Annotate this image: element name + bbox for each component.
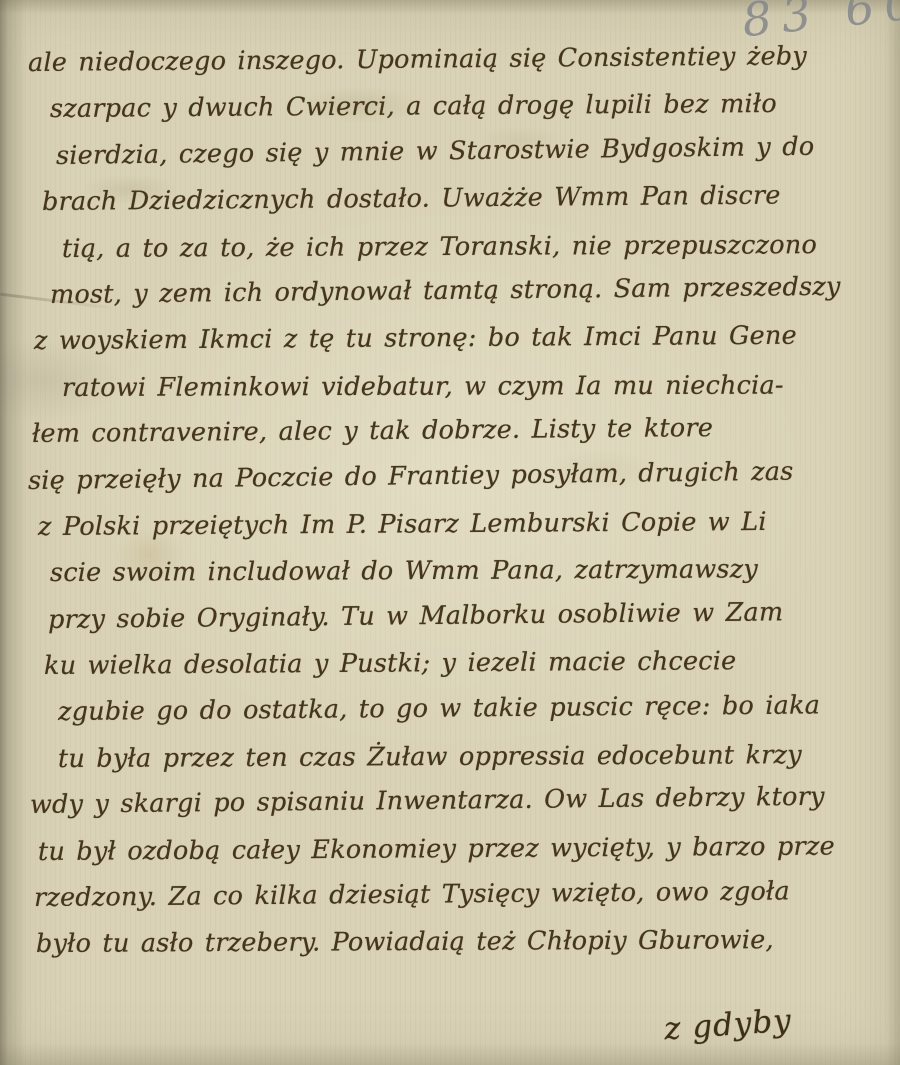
manuscript-line: z woyskiem Ikmci z tę tu stronę: bo tak … <box>34 312 886 364</box>
manuscript-line: sierdzia, czego się y mnie w Starostwie … <box>56 123 887 180</box>
manuscript-line: rzedzony. Za co kilka dziesiąt Tysięcy w… <box>34 868 886 922</box>
manuscript-line: przy sobie Oryginały. Tu w Malborku osob… <box>48 588 886 643</box>
manuscript-line: było tu asło trzebery. Powiadaią też Chł… <box>36 917 886 968</box>
manuscript-line: most, y zem ich ordynował tamtą stroną. … <box>50 263 886 318</box>
manuscript-line: ku wielka desolatia y Pustki; y iezeli m… <box>44 637 886 689</box>
catchword: z gdyby <box>663 1003 793 1048</box>
text-block: ale niedoczego inszego. Upominaią się Co… <box>28 40 886 968</box>
manuscript-line: zgubie go do ostatka, to go w takie pusc… <box>58 682 886 736</box>
manuscript-line: brach Dziedzicznych dostało. Uważże Wmm … <box>42 172 886 226</box>
manuscript-line: się przeięły na Poczcie do Frantiey posy… <box>28 447 887 504</box>
manuscript-line: wdy y skargi po spisaniu Inwentarza. Ow … <box>30 773 886 828</box>
manuscript-line: ale niedoczego inszego. Upominaią się Co… <box>28 33 886 87</box>
manuscript-line: tu był ozdobą całey Ekonomiey przez wyci… <box>38 823 886 875</box>
manuscript-line: z Polski przeiętych Im P. Pisarz Lemburs… <box>38 498 886 550</box>
manuscript-page: 83 60 ale niedoczego inszego. Upominaią … <box>0 0 900 1065</box>
